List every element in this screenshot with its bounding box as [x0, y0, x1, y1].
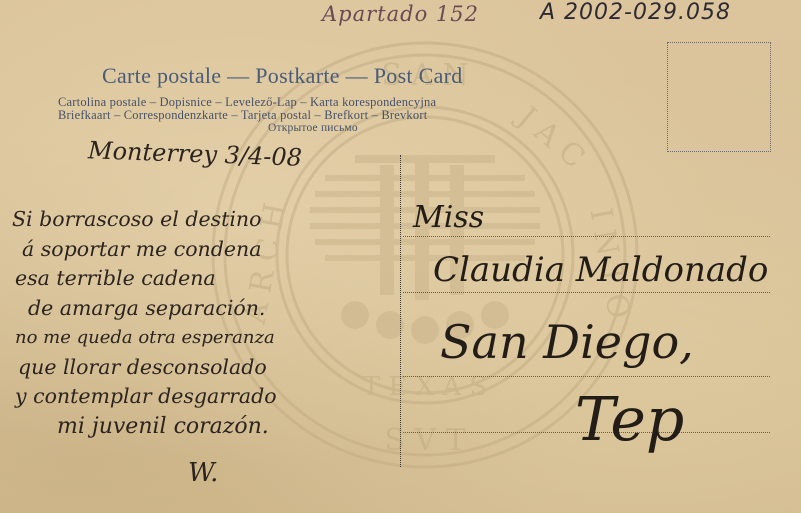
- message-line: esa terrible cadena: [15, 264, 392, 294]
- postcard-subtitle-line-2: Briefkaart – Correspondenzkarte – Tarjet…: [58, 108, 427, 123]
- address-region: Tep: [575, 385, 684, 455]
- svg-text:S V T: S V T: [384, 423, 465, 458]
- postcard-subtitle-line-3: Открытое письмо: [268, 122, 358, 134]
- address-salutation: Miss: [413, 200, 484, 235]
- apartado-note: Apartado 152: [322, 2, 479, 26]
- stamp-placeholder-box: [667, 42, 771, 152]
- message-line: de amarga separación.: [28, 294, 392, 324]
- message-line: que llorar desconsolado: [18, 353, 392, 383]
- postcard-title: Carte postale — Postkarte — Post Card: [102, 63, 463, 89]
- message-line: no me queda otra esperanza: [15, 323, 392, 353]
- message-line: á soportar me condena: [22, 235, 392, 265]
- address-city: San Diego,: [440, 315, 694, 369]
- address-line-3: [403, 376, 770, 377]
- message-line: y contemplar desgarrado: [15, 382, 392, 412]
- message-address-divider: [400, 155, 401, 467]
- postcard: S A N J A C I N T O T E X A S S V T A R …: [0, 0, 801, 513]
- message-line: Si borrascoso el destino: [12, 205, 392, 235]
- address-recipient-name: Claudia Maldonado: [433, 250, 768, 290]
- message-signature: W.: [188, 458, 218, 488]
- message-body: Si borrascoso el destino á soportar me c…: [12, 205, 392, 441]
- message-line: mi juvenil corazón.: [57, 412, 392, 442]
- address-line-1: [403, 236, 770, 237]
- accession-number: A 2002-029.058: [540, 0, 731, 25]
- address-line-2: [403, 292, 770, 293]
